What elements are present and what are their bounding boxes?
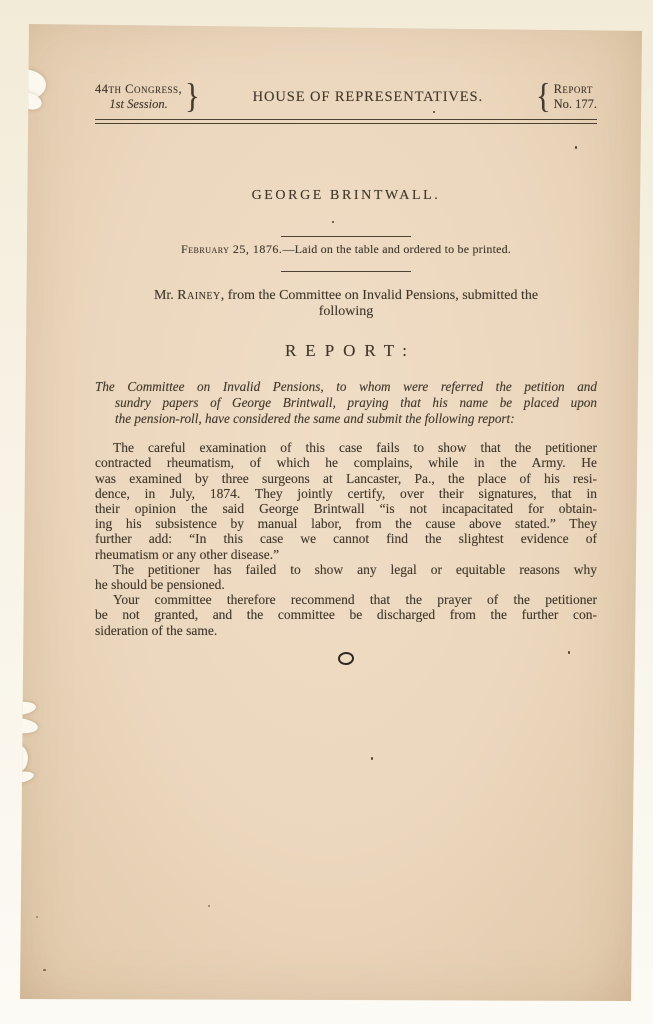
torn-notch: [0, 717, 38, 735]
brace-left-icon: {: [533, 79, 553, 114]
dateline-date: February 25, 1876.: [181, 242, 282, 256]
document-title: GEORGE BRINTWALL.: [95, 188, 597, 204]
congress-session-group: 44th Congress, 1st Session. }: [95, 82, 203, 112]
torn-notch: [1, 700, 36, 716]
committee-preamble: The Committee on Invalid Pensions, to wh…: [95, 379, 597, 428]
text-line: sideration of the same.: [95, 623, 597, 638]
dateline-rule-top: [281, 236, 411, 237]
text-line: The petitioner has failed to show any le…: [95, 562, 597, 577]
masthead: 44th Congress, 1st Session. } HOUSE OF R…: [95, 80, 597, 114]
dateline-action: —Laid on the table and ordered to be pri…: [282, 242, 511, 256]
paragraph-1: The careful examination of this case fai…: [95, 440, 597, 562]
submission-line2: following: [95, 304, 597, 321]
submission-statement: Mr. Rainey, from the Committee on Invali…: [95, 288, 597, 321]
text-line: the pension-roll, have considered the sa…: [95, 411, 597, 427]
text-line: their opinion the said George Brintwall …: [95, 501, 597, 516]
text-line: was examined by three surgeons at Lancas…: [95, 471, 597, 486]
report-heading: REPORT:: [95, 341, 597, 361]
congress-session-stack: 44th Congress, 1st Session.: [95, 82, 182, 112]
report-body: The careful examination of this case fai…: [95, 440, 597, 638]
paper-speck: [371, 757, 373, 760]
masthead-double-rule: [95, 119, 597, 124]
text-line: be not granted, and the committee be dis…: [95, 607, 597, 622]
text-line: The Committee on Invalid Pensions, to wh…: [95, 379, 597, 395]
report-number-stack: Report No. 177.: [554, 82, 597, 112]
text-line: contracted rheumatism, of which he compl…: [95, 455, 597, 470]
submission-prefix: Mr.: [154, 288, 177, 303]
text-line: he should be pensioned.: [95, 577, 597, 592]
chamber-title: HOUSE OF REPRESENTATIVES.: [253, 89, 483, 106]
text-line: rheumatism or any other disease.”: [95, 547, 597, 562]
text-line: dence, in July, 1874. They jointly certi…: [95, 486, 597, 501]
report-label: Report: [554, 82, 597, 97]
submission-line1: Mr. Rainey, from the Committee on Invali…: [95, 288, 597, 305]
text-line: sundry papers of George Brintwall, prayi…: [95, 395, 597, 411]
report-number: No. 177.: [554, 97, 597, 112]
end-ornament-icon: [338, 651, 355, 665]
scan-canvas: { "document": { "header": { "congress": …: [0, 0, 653, 1024]
submission-member: Rainey: [177, 288, 220, 303]
page-content: 44th Congress, 1st Session. } HOUSE OF R…: [95, 80, 597, 665]
report-number-group: { Report No. 177.: [533, 82, 597, 112]
text-line: ing his subsistence by manual labor, fro…: [95, 516, 597, 531]
brace-right-icon: }: [182, 79, 202, 114]
congress-line: 44th Congress,: [95, 82, 182, 97]
text-line: The careful examination of this case fai…: [95, 440, 597, 455]
text-line: Your committee therefore recommend that …: [95, 592, 597, 607]
paragraph-3: Your committee therefore recommend that …: [95, 592, 597, 638]
dateline-rule-bottom: [281, 271, 411, 272]
scanned-page: 44th Congress, 1st Session. } HOUSE OF R…: [0, 0, 653, 1024]
submission-suffix: , from the Committee on Invalid Pensions…: [221, 288, 538, 303]
torn-notch: [1, 743, 29, 774]
paper-speck: [43, 969, 46, 971]
torn-notch: [3, 769, 34, 785]
text-line: further add: “In this case we cannot fin…: [95, 531, 597, 546]
session-line: 1st Session.: [95, 97, 182, 112]
paper-speck: [208, 905, 210, 907]
paper-speck: [36, 916, 38, 918]
dateline: February 25, 1876.—Laid on the table and…: [95, 242, 597, 257]
paragraph-2: The petitioner has failed to show any le…: [95, 562, 597, 592]
